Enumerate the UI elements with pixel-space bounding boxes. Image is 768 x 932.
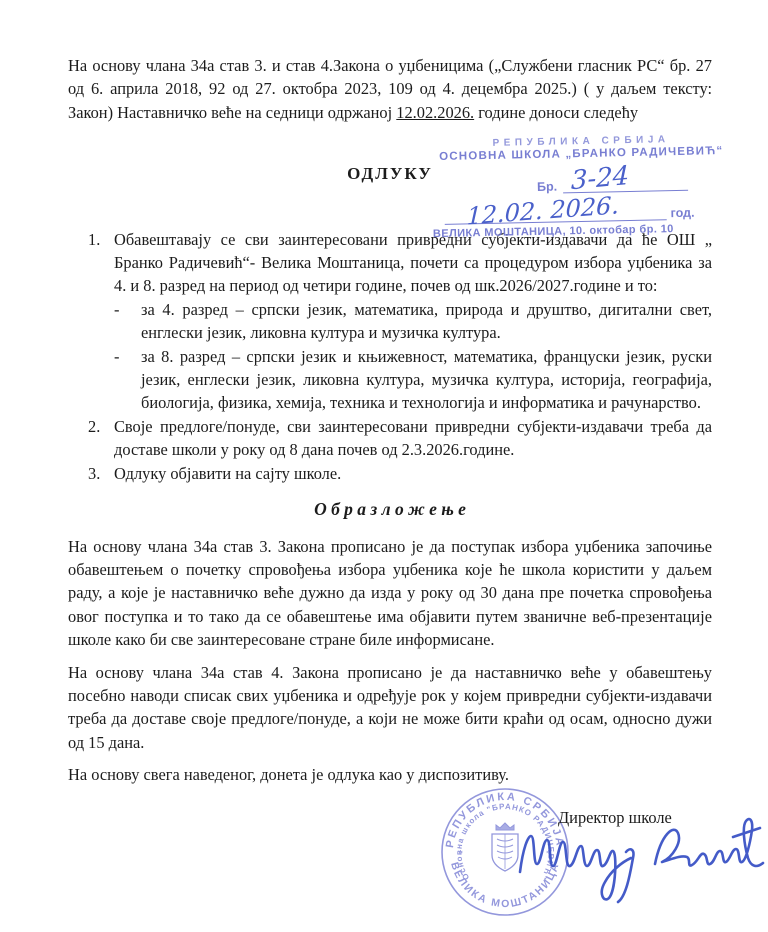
- list-item-text: Одлуку објавити на сајту школе.: [114, 462, 712, 485]
- sublist-item-text: за 8. разред – српски језик и књижевност…: [141, 345, 712, 415]
- paragraph-closing: На основу свега наведеног, донета је одл…: [68, 763, 712, 786]
- list-item-number: 3.: [88, 462, 114, 485]
- stamp-number-row: Бр. 3-24: [537, 163, 733, 194]
- list-item-number: 2.: [88, 415, 114, 462]
- list-item-text: Обавештавају се сви заинтересовани привр…: [114, 228, 712, 298]
- sublist-item: - за 8. разред – српски језик и књижевно…: [114, 345, 712, 415]
- paragraph-stav3: На основу члана 34а став 3. Закона пропи…: [68, 535, 712, 652]
- section-heading-obrazlozenje: О б р а з л о ж е њ е: [68, 498, 712, 521]
- header-ink-stamp: РЕПУБЛИКА СРБИЈА ОСНОВНА ШКОЛА „БРАНКО Р…: [431, 133, 733, 240]
- list-item-text: Своје предлоге/понуде, сви заинтересован…: [114, 415, 712, 462]
- stamp-date-row: 12.02. 2026. год.: [444, 192, 733, 225]
- session-date: 12.02.2026.: [396, 103, 474, 122]
- stamp-number-line: 3-24: [563, 164, 689, 194]
- list-item: 2. Своје предлоге/понуде, сви заинтересо…: [88, 415, 712, 462]
- director-signature: [512, 800, 768, 915]
- sublist-bullet: -: [114, 345, 141, 415]
- seal-star-left: *: [458, 849, 463, 860]
- sublist-item-text: за 4. разред – српски језик, математика,…: [141, 298, 712, 345]
- decision-list: 1. Обавештавају се сви заинтересовани пр…: [88, 228, 712, 485]
- intro-text-after-date: године доноси следећу: [474, 103, 638, 122]
- handwritten-case-number: 3-24: [571, 161, 630, 196]
- grade-sublist: - за 4. разред – српски језик, математик…: [114, 298, 712, 415]
- list-item: 1. Обавештавају се сви заинтересовани пр…: [88, 228, 712, 298]
- document-page: На основу члана 34а став 3. и став 4.Зак…: [0, 0, 768, 932]
- paragraph-stav4: На основу члана 34а став 4. Закона пропи…: [68, 661, 712, 755]
- list-item: 3. Одлуку објавити на сајту школе.: [88, 462, 712, 485]
- stamp-date-line: 12.02. 2026.: [444, 193, 667, 225]
- sublist-item: - за 4. разред – српски језик, математик…: [114, 298, 712, 345]
- intro-paragraph: На основу члана 34а став 3. и став 4.Зак…: [68, 54, 712, 124]
- sublist-bullet: -: [114, 298, 141, 345]
- list-item-number: 1.: [88, 228, 114, 298]
- stamp-year-label: год.: [670, 206, 694, 220]
- stamp-number-label: Бр.: [537, 180, 557, 194]
- signature-handwriting: [512, 800, 768, 910]
